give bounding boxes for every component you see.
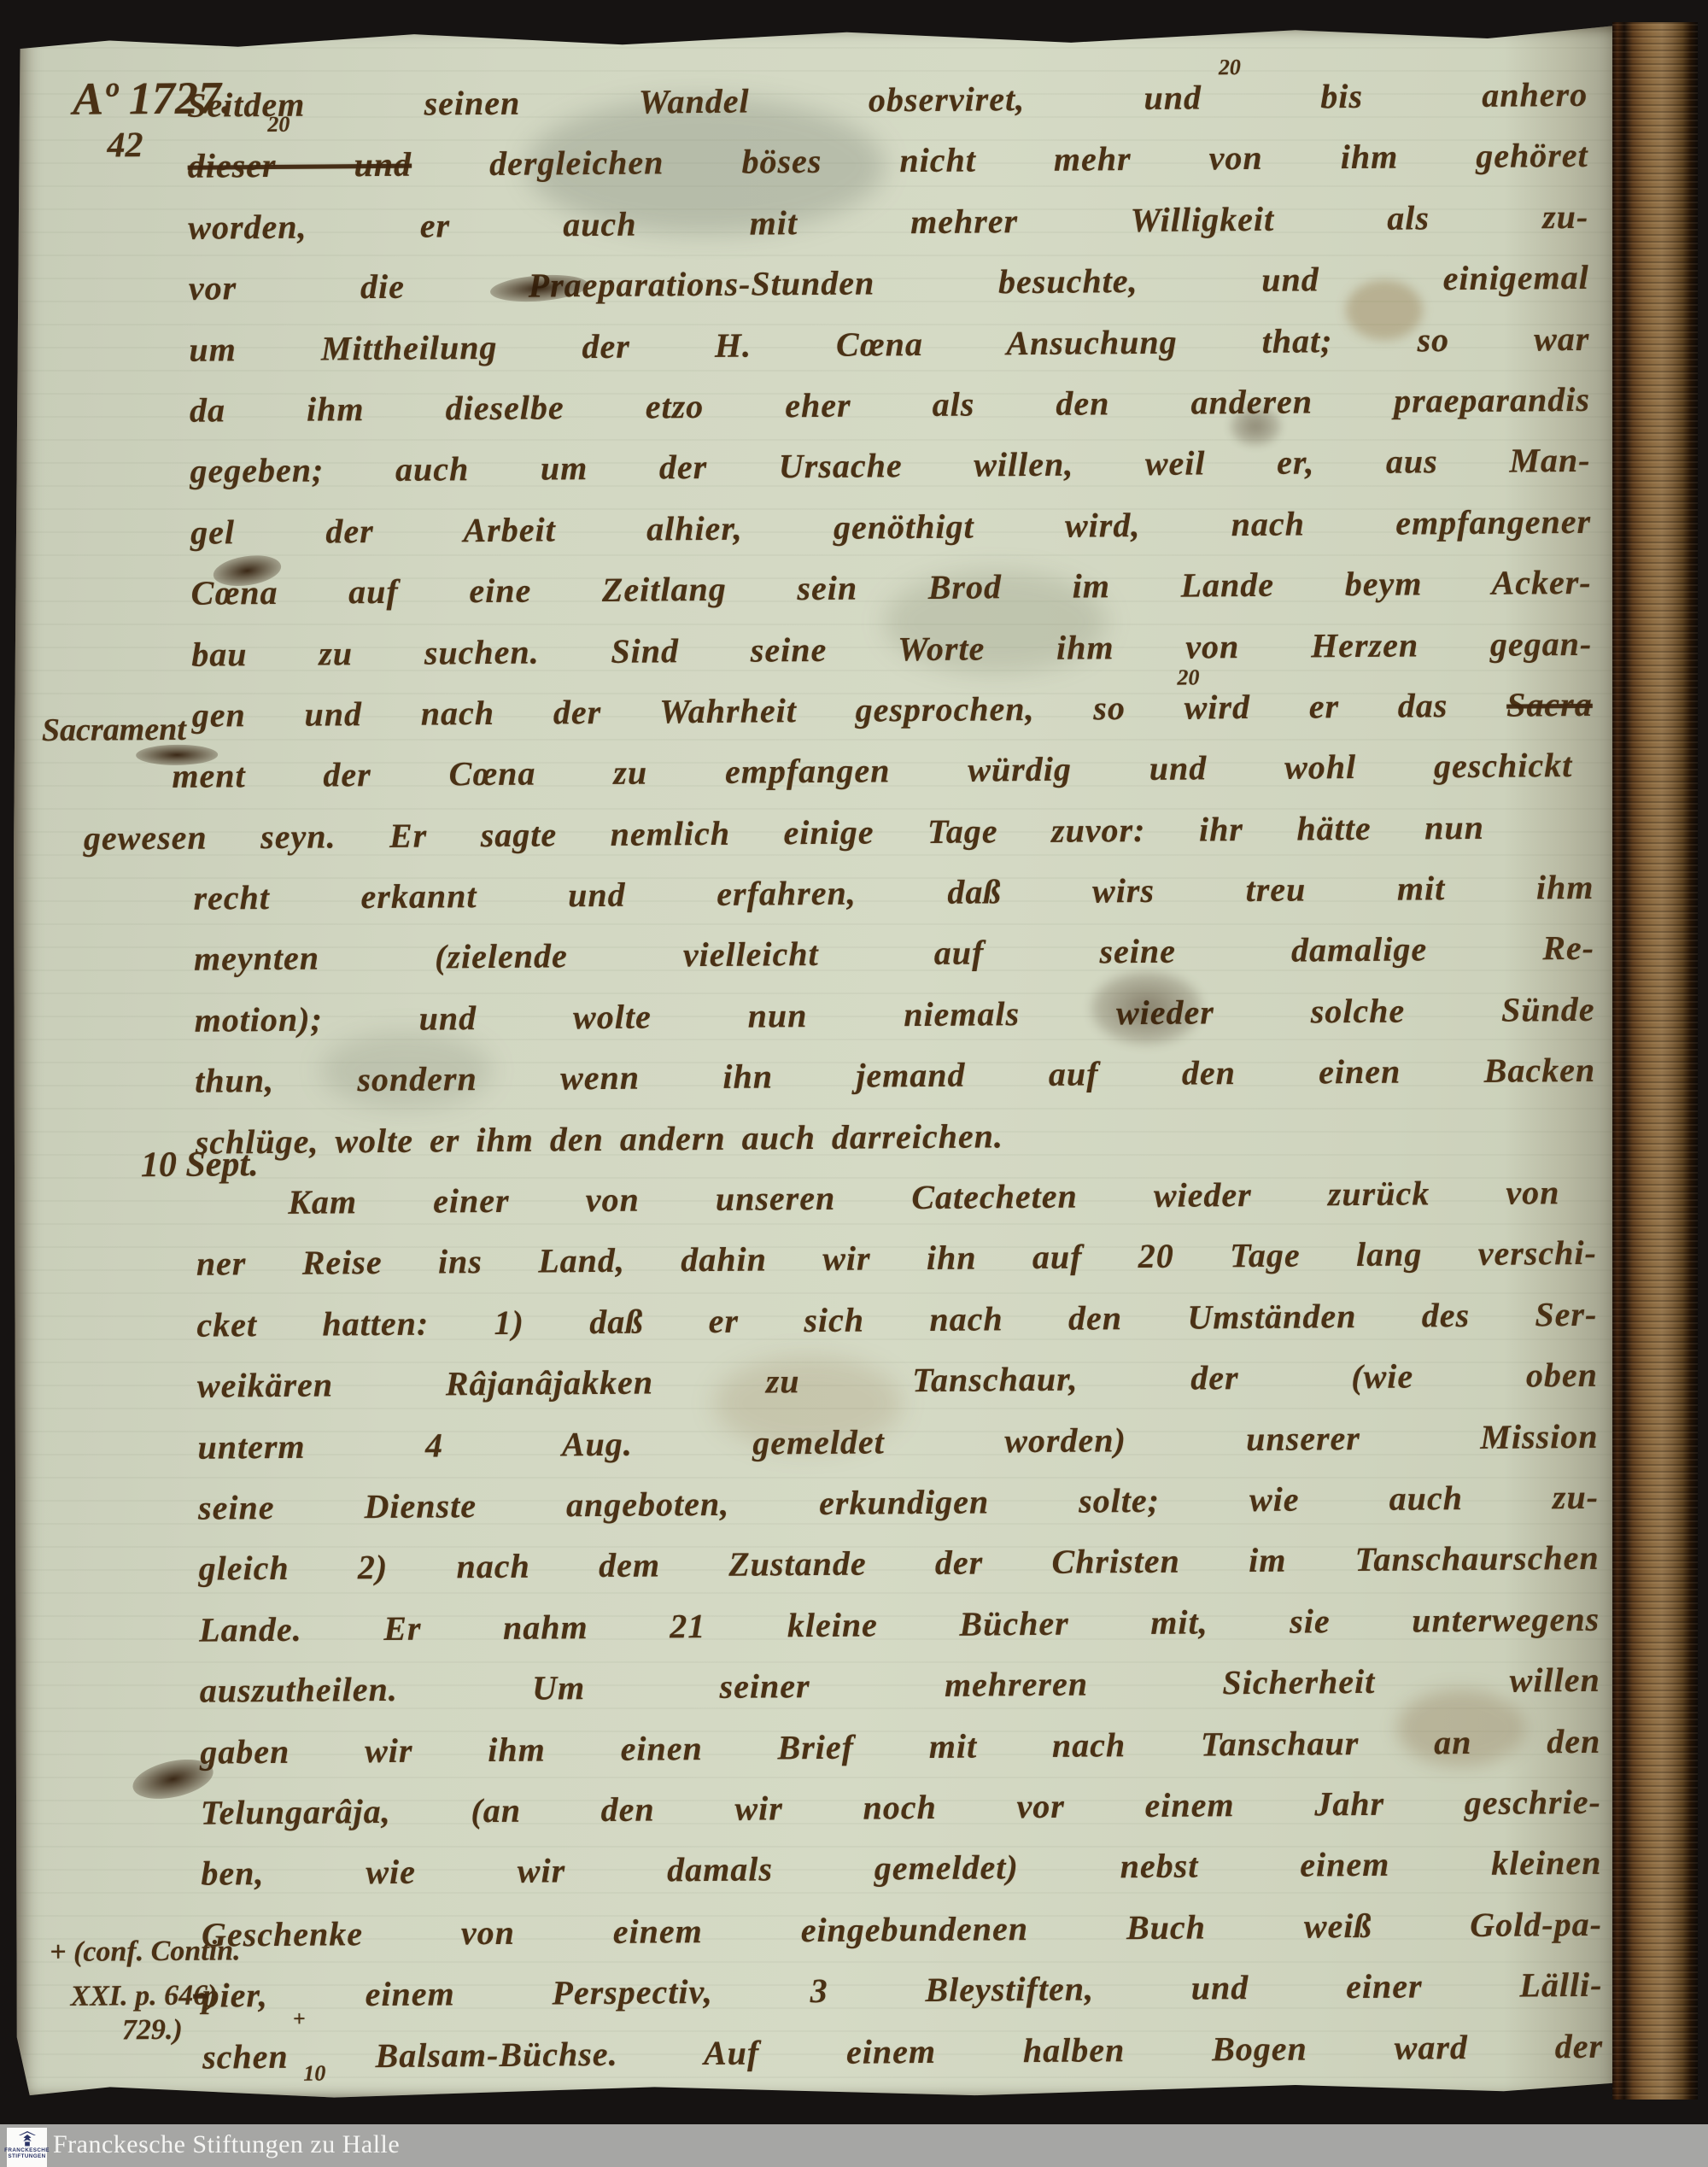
manuscript-line: vor die Praeparations-Stunden besuchte, … xyxy=(189,247,1590,319)
margin-note: XXI. p. 646) xyxy=(70,1980,217,2013)
manuscript-line: gegeben; auch um der Ursache willen, wei… xyxy=(190,430,1591,501)
margin-note: + (conf. Contin. xyxy=(50,1935,241,1969)
struck-text: 6 xyxy=(193,1980,208,2012)
manuscript-line: recht erkannt und erfahren, daß wirs tre… xyxy=(193,857,1594,928)
manuscript-line: unterm 4 Aug. gemeldet worden) unserer M… xyxy=(197,1405,1599,1477)
book-page-edges xyxy=(1612,22,1698,2100)
institution-title: Franckesche Stiftungen zu Halle xyxy=(53,2130,400,2159)
manuscript-line: gaben wir ihm einen Brief mit nach Tansc… xyxy=(200,1710,1601,1782)
manuscript-line: meynten (zielende vielleicht auf seine d… xyxy=(194,917,1595,989)
manuscript-line: motion); und wolte nun niemals wieder so… xyxy=(194,979,1595,1051)
manuscript-line: seine Dienste angeboten, erkundigen solt… xyxy=(198,1467,1600,1538)
margin-note: 10 Sept. xyxy=(141,1144,259,1186)
interlinear-insertion: 10 xyxy=(303,2061,325,2087)
manuscript-line: Kam einer von unseren Catecheten wieder … xyxy=(288,1161,1689,1233)
page-number: 42 xyxy=(107,125,143,166)
scan-viewport: Aº 1727. 42 Seitdem seinen Wandel observ… xyxy=(0,0,1708,2167)
manuscript-line: auszutheilen. Um seiner mehreren Sicherh… xyxy=(199,1649,1600,1721)
manuscript-page: Aº 1727. 42 Seitdem seinen Wandel observ… xyxy=(14,24,1616,2100)
margin-note: 729.) xyxy=(122,2014,183,2047)
manuscript-line: um Mittheilung der H. Cœna Ansuchung tha… xyxy=(189,307,1590,379)
manuscript-line: schlüge, wolte er ihm den andern auch da… xyxy=(195,1100,1596,1172)
logo-caption-line1: FRANCKESCHE xyxy=(4,2147,50,2153)
manuscript-line: dieser und dergleichen böses nicht mehr … xyxy=(187,125,1588,196)
manuscript-line: weikären Râjanâjakken zu Tanschaur, der … xyxy=(197,1344,1599,1416)
manuscript-text: Seitdem seinen Wandel observiret, und bi… xyxy=(187,64,1603,2088)
interlinear-insertion: + xyxy=(293,2006,306,2032)
manuscript-line: ben, wie wir damals gemeldet) nebst eine… xyxy=(201,1832,1602,1904)
manuscript-line: gel der Arbeit alhier, genöthigt wird, n… xyxy=(190,491,1592,563)
manuscript-line: ment der Cœna zu empfangen würdig und wo… xyxy=(172,735,1573,806)
manuscript-line: pier, einem Perspectiv, 3 Bleystiften, u… xyxy=(202,1954,1603,2026)
footer-bar: Franckesche Stiftungen zu Halle xyxy=(0,2124,1708,2167)
interlinear-insertions: 202020+10 xyxy=(5,18,1607,31)
margin-notes: Sacrament10 Sept.+ (conf. Contin.XXI. p.… xyxy=(5,18,1607,31)
manuscript-line: Telungarâja, (an den wir noch vor einem … xyxy=(201,1772,1602,1843)
manuscript-line: Seitdem seinen Wandel observiret, und bi… xyxy=(187,64,1588,136)
francke-logo: FRANCKESCHE STIFTUNGEN xyxy=(7,2128,47,2167)
struck-text: dieser und xyxy=(188,145,412,185)
manuscript-line: bau zu suchen. Sind seine Worte ihm von … xyxy=(191,612,1593,684)
manuscript-line: Cœna auf eine Zeitlang sein Brod im Land… xyxy=(190,552,1592,624)
manuscript-line: Geschenke von einem eingebundenen Buch w… xyxy=(202,1894,1603,1965)
manuscript-line: gen und nach der Wahrheit gesprochen, so… xyxy=(192,674,1594,746)
margin-note: Sacrament xyxy=(42,711,186,749)
interlinear-insertion: 20 xyxy=(267,112,290,138)
interlinear-insertion: 20 xyxy=(1177,665,1199,690)
manuscript-line: da ihm dieselbe etzo eher als den andere… xyxy=(190,369,1591,441)
manuscript-line: Lande. Er nahm 21 kleine Bücher mit, sie… xyxy=(199,1589,1600,1660)
logo-caption-line2: STIFTUNGEN xyxy=(8,2153,45,2159)
manuscript-line: gleich 2) nach dem Zustande der Christen… xyxy=(198,1527,1600,1599)
handwriting-layer: Aº 1727. 42 Seitdem seinen Wandel observ… xyxy=(5,18,1623,2106)
manuscript-line: thun, sondern wenn ihn jemand auf den ei… xyxy=(195,1040,1596,1111)
manuscript-line: ner Reise ins Land, dahin wir ihn auf 20… xyxy=(196,1222,1598,1294)
struck-text: Sacra xyxy=(1506,685,1593,724)
manuscript-line: worden, er auch mit mehrer Willigkeit al… xyxy=(188,186,1589,258)
francke-emblem-icon xyxy=(17,2130,38,2147)
manuscript-line: cket hatten: 1) daß er sich nach den Ums… xyxy=(196,1284,1598,1356)
interlinear-insertion: 20 xyxy=(1219,55,1241,80)
manuscript-line: gewesen seyn. Er sagte nemlich einige Ta… xyxy=(84,797,1485,869)
manuscript-line: schen Balsam-Büchse. Auf einem halben Bo… xyxy=(202,2015,1604,2087)
